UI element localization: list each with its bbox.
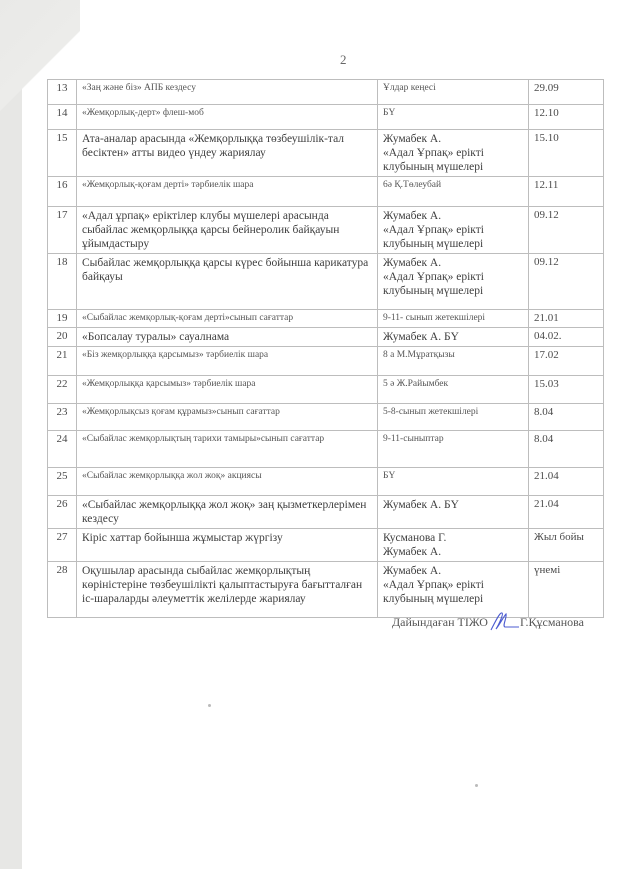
signature-block: Дайындаған ТІЖОГ.Құсманова — [392, 610, 584, 632]
row-number: 23 — [48, 404, 77, 431]
row-number: 17 — [48, 207, 77, 254]
scan-speck — [475, 784, 478, 787]
row-number: 21 — [48, 347, 77, 376]
row-number: 24 — [48, 431, 77, 468]
responsible-cell: 9-11-сыныптар — [378, 431, 529, 468]
responsible-cell: Кусманова Г. Жумабек А. — [378, 529, 529, 562]
row-number: 14 — [48, 105, 77, 130]
responsible-cell: Жумабек А. «Адал Ұрпақ» ерікті клубының … — [378, 254, 529, 310]
table-row: 25«Сыбайлас жемқорлыққа жол жоқ» акциясы… — [48, 468, 604, 496]
date-cell: 09.12 — [529, 207, 604, 254]
table-row: 26«Сыбайлас жемқорлыққа жол жоқ» заң қыз… — [48, 496, 604, 529]
responsible-cell: БҮ — [378, 468, 529, 496]
event-cell: «Сыбайлас жемқорлықтың тарихи тамыры»сын… — [77, 431, 378, 468]
date-cell: 04.02. — [529, 328, 604, 347]
event-cell: «Жемқорлықсыз қоғам құрамыз»сынып сағатт… — [77, 404, 378, 431]
table-row: 15Ата-аналар арасында «Жемқорлыққа төзбе… — [48, 130, 604, 177]
date-cell: 8.04 — [529, 431, 604, 468]
table-row: 18Сыбайлас жемқорлыққа қарсы күрес бойын… — [48, 254, 604, 310]
event-cell: Ата-аналар арасында «Жемқорлыққа төзбеуш… — [77, 130, 378, 177]
date-cell: 09.12 — [529, 254, 604, 310]
row-number: 26 — [48, 496, 77, 529]
scan-left-edge — [0, 0, 22, 869]
row-number: 27 — [48, 529, 77, 562]
event-cell: «Жемқорлық-қоғам дерті» тәрбиелік шара — [77, 177, 378, 207]
table-row: 22«Жемқорлыққа қарсымыз» тәрбиелік шара5… — [48, 376, 604, 404]
table-row: 27Кіріс хаттар бойынша жұмыстар жүргізуК… — [48, 529, 604, 562]
row-number: 15 — [48, 130, 77, 177]
event-cell: «Сыбайлас жемқорлыққа жол жоқ» акциясы — [77, 468, 378, 496]
row-number: 20 — [48, 328, 77, 347]
responsible-cell: Жумабек А. «Адал Ұрпақ» ерікті клубының … — [378, 130, 529, 177]
row-number: 16 — [48, 177, 77, 207]
table-row: 16«Жемқорлық-қоғам дерті» тәрбиелік шара… — [48, 177, 604, 207]
date-cell: 21.04 — [529, 468, 604, 496]
row-number: 22 — [48, 376, 77, 404]
table-row: 20«Бопсалау туралы» сауалнамаЖумабек А. … — [48, 328, 604, 347]
date-cell: 21.01 — [529, 310, 604, 328]
event-cell: «Бопсалау туралы» сауалнама — [77, 328, 378, 347]
event-cell: «Заң және біз» АПБ кездесу — [77, 80, 378, 105]
date-cell: 29.09 — [529, 80, 604, 105]
date-cell: 17.02 — [529, 347, 604, 376]
event-cell: «Жемқорлыққа қарсымыз» тәрбиелік шара — [77, 376, 378, 404]
table-row: 19«Сыбайлас жемқорлық-қоғам дерті»сынып … — [48, 310, 604, 328]
event-cell: Оқушылар арасында сыбайлас жемқорлықтың … — [77, 562, 378, 618]
event-cell: Кіріс хаттар бойынша жұмыстар жүргізу — [77, 529, 378, 562]
responsible-cell: 6ә Қ.Төлеубай — [378, 177, 529, 207]
responsible-cell: Жумабек А. БҮ — [378, 328, 529, 347]
prepared-by-label: Дайындаған ТІЖО — [392, 615, 488, 629]
responsible-cell: Жумабек А. «Адал Ұрпақ» ерікті клубының … — [378, 207, 529, 254]
row-number: 18 — [48, 254, 77, 310]
responsible-cell: Жумабек А. БҮ — [378, 496, 529, 529]
row-number: 19 — [48, 310, 77, 328]
responsible-cell: 5 ә Ж.Райымбек — [378, 376, 529, 404]
row-number: 28 — [48, 562, 77, 618]
date-cell: 8.04 — [529, 404, 604, 431]
date-cell: 21.04 — [529, 496, 604, 529]
table-row: 24 «Сыбайлас жемқорлықтың тарихи тамыры»… — [48, 431, 604, 468]
event-cell: «Біз жемқорлыққа қарсымыз» тәрбиелік шар… — [77, 347, 378, 376]
table-row: 21«Біз жемқорлыққа қарсымыз» тәрбиелік ш… — [48, 347, 604, 376]
event-cell: «Адал ұрпақ» еріктілер клубы мүшелері ар… — [77, 207, 378, 254]
scan-speck — [208, 704, 211, 707]
event-cell: «Сыбайлас жемқорлыққа жол жоқ» заң қызме… — [77, 496, 378, 529]
row-number: 13 — [48, 80, 77, 105]
responsible-cell: 8 а М.Мұратқызы — [378, 347, 529, 376]
responsible-cell: 5-8-сынып жетекшілері — [378, 404, 529, 431]
event-cell: «Сыбайлас жемқорлық-қоғам дерті»сынып са… — [77, 310, 378, 328]
date-cell: 12.11 — [529, 177, 604, 207]
date-cell: 15.10 — [529, 130, 604, 177]
table-row: 17«Адал ұрпақ» еріктілер клубы мүшелері … — [48, 207, 604, 254]
event-plan-table: 13«Заң және біз» АПБ кездесуҰлдар кеңесі… — [47, 79, 604, 618]
event-cell: «Жемқорлық-дерт» флеш-моб — [77, 105, 378, 130]
signer-name: Г.Құсманова — [520, 615, 584, 629]
responsible-cell: 9-11- сынып жетекшілері — [378, 310, 529, 328]
date-cell: Жыл бойы — [529, 529, 604, 562]
responsible-cell: БҮ — [378, 105, 529, 130]
row-number: 25 — [48, 468, 77, 496]
date-cell: 15.03 — [529, 376, 604, 404]
responsible-cell: Ұлдар кеңесі — [378, 80, 529, 105]
handwritten-signature-icon — [488, 610, 520, 632]
table-row: 23 «Жемқорлықсыз қоғам құрамыз»сынып сағ… — [48, 404, 604, 431]
table-row: 14«Жемқорлық-дерт» флеш-мобБҮ12.10 — [48, 105, 604, 130]
page-number: 2 — [340, 52, 347, 68]
table-row: 13«Заң және біз» АПБ кездесуҰлдар кеңесі… — [48, 80, 604, 105]
event-cell: Сыбайлас жемқорлыққа қарсы күрес бойынша… — [77, 254, 378, 310]
date-cell: 12.10 — [529, 105, 604, 130]
